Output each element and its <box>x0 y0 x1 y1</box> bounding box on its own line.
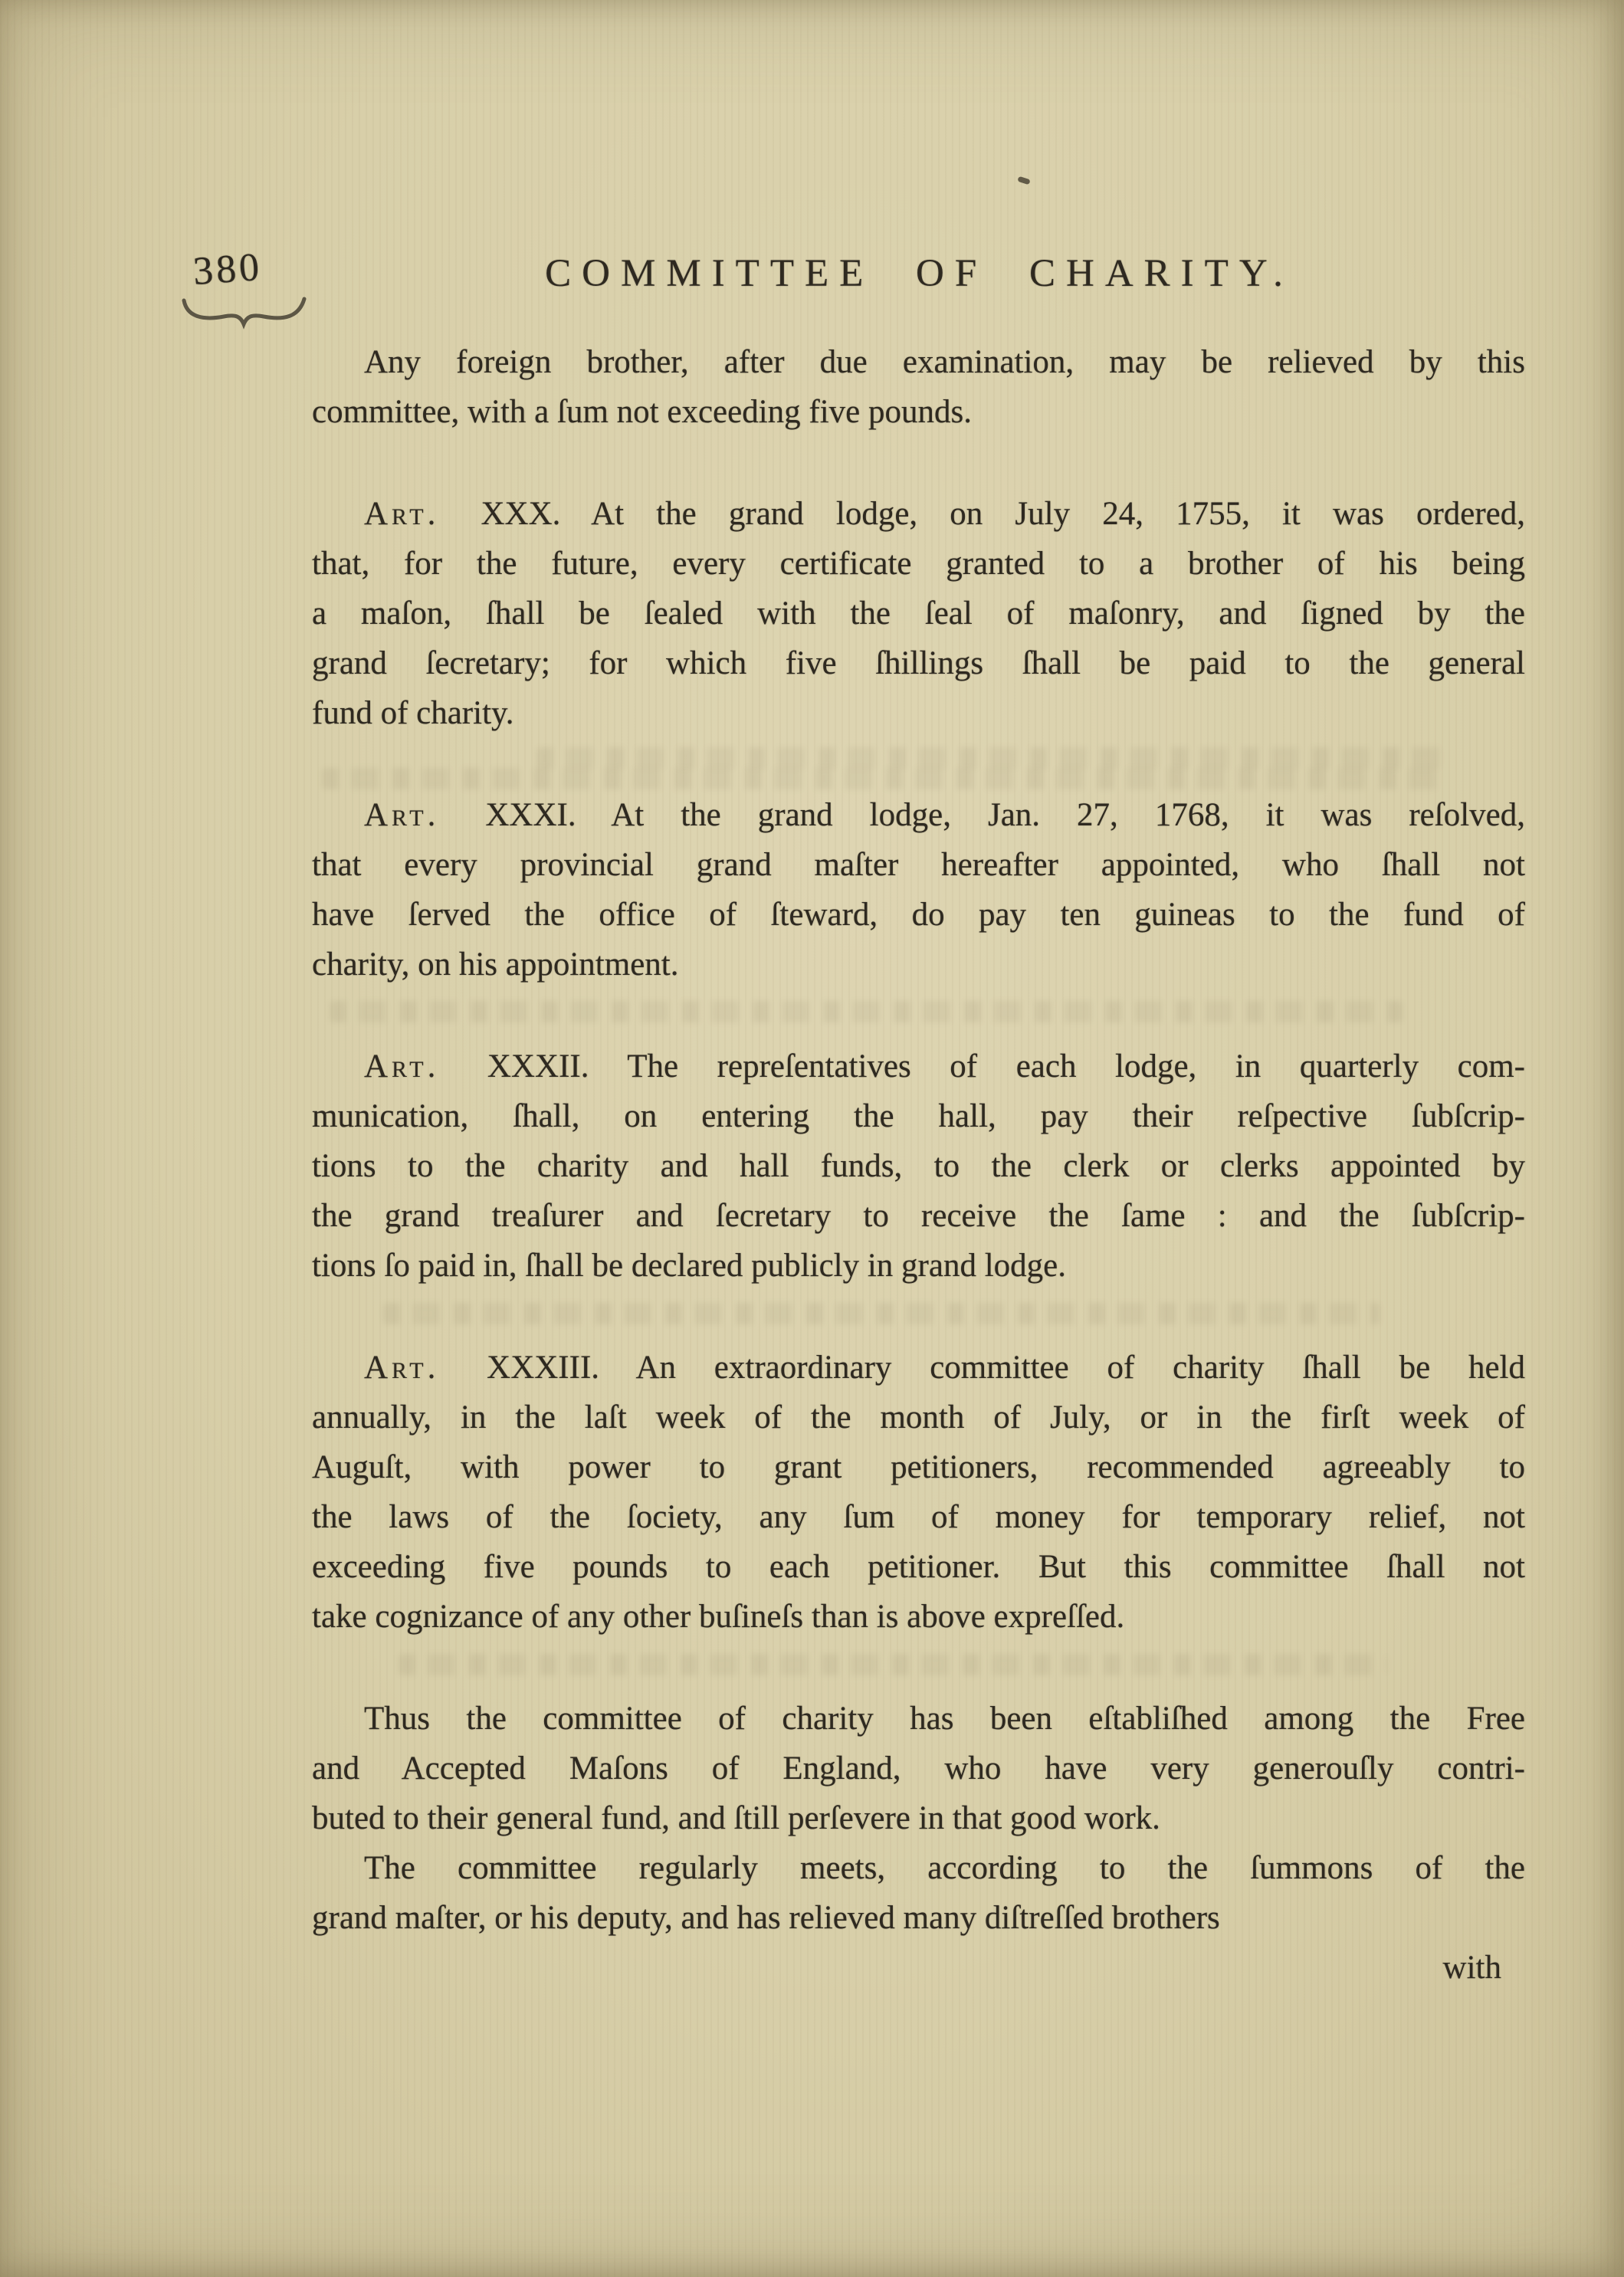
text-block: Any foreign brother, after due examinati… <box>312 337 1525 1943</box>
text-line: have ſerved the office of ſteward, do pa… <box>312 890 1525 940</box>
paragraph: Art. XXX. At the grand lodge, on July 24… <box>312 489 1525 738</box>
text-line: annually, in the laſt week of the month … <box>312 1393 1525 1442</box>
text-line: and Accepted Maſons of England, who have… <box>312 1744 1525 1793</box>
text-line: Thus the committee of charity has been e… <box>312 1694 1525 1744</box>
text-line: tions ſo paid in, ſhall be declared publ… <box>312 1241 1525 1291</box>
text-line: fund of charity. <box>312 688 1525 738</box>
paragraph: The committee regularly meets, according… <box>312 1843 1525 1943</box>
article-label: Art. <box>364 1048 439 1084</box>
text-line: The committee regularly meets, according… <box>312 1843 1525 1893</box>
text-line: Art. XXXII. The repreſentatives of each … <box>312 1042 1525 1091</box>
page-number-flourish <box>179 296 310 330</box>
text-line: Art. XXXI. At the grand lodge, Jan. 27, … <box>312 790 1525 840</box>
ink-fleck <box>1017 176 1030 185</box>
text-line: charity, on his appointment. <box>312 940 1525 989</box>
text-line: grand maſter, or his deputy, and has rel… <box>312 1893 1525 1943</box>
article-label: Art. <box>364 1350 439 1386</box>
text-line: grand ſecretary; for which five ſhilling… <box>312 638 1525 688</box>
text-line: Art. XXXIII. An extraordinary committee … <box>312 1343 1525 1393</box>
book-page: 380 COMMITTEE OF CHARITY. Any foreign br… <box>0 0 1624 2277</box>
text-line: a maſon, ſhall be ſealed with the ſeal o… <box>312 589 1525 638</box>
running-head-title: COMMITTEE OF CHARITY. <box>313 251 1526 296</box>
paragraph: Art. XXXII. The repreſentatives of each … <box>312 1042 1525 1291</box>
text-line: munication, ſhall, on entering the hall,… <box>312 1091 1525 1141</box>
paragraph: Any foreign brother, after due examinati… <box>312 337 1525 437</box>
text-line: committee, with a ſum not exceeding five… <box>312 387 1525 437</box>
text-line: that every provincial grand maſter herea… <box>312 840 1525 890</box>
text-line: Auguſt, with power to grant petitioners,… <box>312 1442 1525 1492</box>
article-label: Art. <box>364 797 439 833</box>
text-line: tions to the charity and hall funds, to … <box>312 1141 1525 1191</box>
text-line: the laws of the ſociety, any ſum of mone… <box>312 1492 1525 1542</box>
catchword: with <box>1443 1949 1501 1987</box>
paragraph: Thus the committee of charity has been e… <box>312 1694 1525 1843</box>
article-label: Art. <box>364 496 439 532</box>
text-line: Any foreign brother, after due examinati… <box>312 337 1525 387</box>
paragraph: Art. XXXI. At the grand lodge, Jan. 27, … <box>312 790 1525 989</box>
text-line: the grand treaſurer and ſecretary to rec… <box>312 1191 1525 1241</box>
page-number: 380 <box>192 244 264 294</box>
text-line: take cognizance of any other buſineſs th… <box>312 1592 1525 1642</box>
text-line: buted to their general fund, and ſtill p… <box>312 1793 1525 1843</box>
text-line: exceeding five pounds to each petitioner… <box>312 1542 1525 1592</box>
text-line: Art. XXX. At the grand lodge, on July 24… <box>312 489 1525 539</box>
text-line: that, for the future, every certificate … <box>312 539 1525 589</box>
paragraph: Art. XXXIII. An extraordinary committee … <box>312 1343 1525 1642</box>
